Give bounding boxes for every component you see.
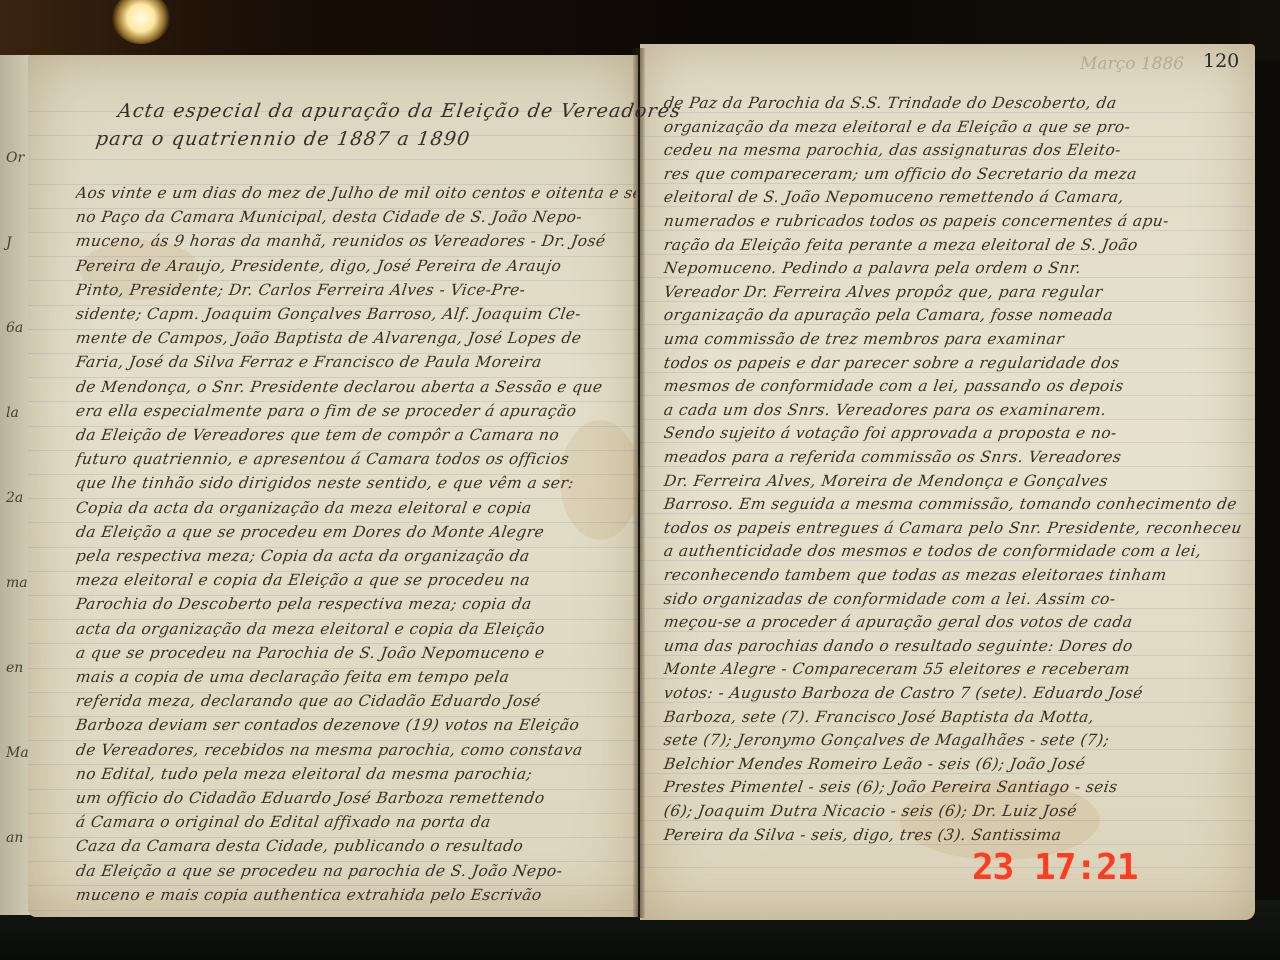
handwritten-line: muceno e mais copia authentica extrahida… xyxy=(75,886,638,904)
camera-timestamp: 23 17:21 xyxy=(972,847,1137,888)
margin-fragment: an xyxy=(6,830,23,846)
handwritten-line: Copia da acta da organização da meza ele… xyxy=(75,499,638,517)
handwritten-line: todos os papeis e dar parecer sobre a re… xyxy=(663,354,1246,372)
page-number: 120 xyxy=(1203,50,1239,72)
ruled-line xyxy=(640,891,1255,892)
handwritten-line: reconhecendo tambem que todas as mezas e… xyxy=(663,566,1246,584)
handwritten-line: muceno, ás 9 horas da manhã, reunidos os… xyxy=(75,232,638,250)
margin-fragment: la xyxy=(6,405,19,421)
ruled-line xyxy=(640,867,1255,868)
handwritten-line: a authenticidade dos mesmos e todos de c… xyxy=(663,542,1246,560)
handwritten-line: Barboza deviam ser contados dezenove (19… xyxy=(75,716,638,734)
ruled-line xyxy=(640,112,1255,113)
ruled-line xyxy=(640,324,1255,325)
handwritten-line: era ella especialmente para o fim de se … xyxy=(75,402,638,420)
handwritten-line: Barroso. Em seguida a mesma commissão, t… xyxy=(663,495,1246,513)
ruled-line xyxy=(640,348,1255,349)
handwritten-line: da Eleição a que se procedeu em Dores do… xyxy=(75,523,638,541)
handwritten-line: da Eleição a que se procedeu na parochia… xyxy=(75,862,638,880)
handwritten-line: Pinto, Presidente; Dr. Carlos Ferreira A… xyxy=(75,281,638,299)
handwritten-line: que lhe tinhão sido dirigidos neste sent… xyxy=(75,474,638,492)
handwritten-line: mente de Campos, João Baptista de Alvare… xyxy=(75,329,638,347)
handwritten-line: meçou-se a proceder á apuração geral dos… xyxy=(663,613,1246,631)
ruled-line xyxy=(640,442,1255,443)
handwritten-line: Dr. Ferreira Alves, Moreira de Mendonça … xyxy=(663,472,1246,490)
ruled-line xyxy=(640,230,1255,231)
handwritten-line: á Camara o original do Edital affixado n… xyxy=(75,813,638,831)
handwritten-line: Vereador Dr. Ferreira Alves propôz que, … xyxy=(663,283,1246,301)
handwritten-line: a cada um dos Snrs. Vereadores para os e… xyxy=(663,401,1246,419)
handwritten-line: Aos vinte e um dias do mez de Julho de m… xyxy=(75,184,638,202)
handwritten-line: organização da apuração pela Camara, fos… xyxy=(663,306,1246,324)
ruled-line xyxy=(640,206,1255,207)
document-title-line-2: para o quatriennio de 1887 a 1890 xyxy=(94,128,471,150)
handwritten-line: Nepomuceno. Pedindo a palavra pela ordem… xyxy=(663,259,1246,277)
handwritten-line: acta da organização da meza eleitoral e … xyxy=(75,620,638,638)
ruled-line xyxy=(28,159,638,160)
handwritten-line: sido organizadas de conformidade com a l… xyxy=(663,590,1246,608)
ruled-line xyxy=(640,678,1255,679)
margin-fragment: Or xyxy=(6,150,24,166)
ruled-line xyxy=(640,631,1255,632)
handwritten-line: votos: - Augusto Barboza de Castro 7 (se… xyxy=(663,684,1246,702)
handwritten-line: de Vereadores, recebidos na mesma paroch… xyxy=(75,741,638,759)
ruled-line xyxy=(640,159,1255,160)
ruled-line xyxy=(640,466,1255,467)
handwritten-line: ração da Eleição feita perante a meza el… xyxy=(663,236,1246,254)
handwritten-line: referida meza, declarando que ao Cidadão… xyxy=(75,692,638,710)
handwritten-line: res que compareceram; um officio do Secr… xyxy=(663,165,1246,183)
handwritten-line: Sendo sujeito á votação foi approvada a … xyxy=(663,424,1246,442)
handwritten-line: no Paço da Camara Municipal, desta Cidad… xyxy=(75,208,638,226)
faint-pencil-note: Março 1886 xyxy=(1080,54,1184,74)
ruled-line xyxy=(640,749,1255,750)
handwritten-line: Monte Alegre - Compareceram 55 eleitores… xyxy=(663,660,1246,678)
handwritten-line: pela respectiva meza; Copia da acta da o… xyxy=(75,547,638,565)
margin-fragment: 6a xyxy=(6,320,23,336)
handwritten-line: a que se procedeu na Parochia de S. João… xyxy=(75,644,638,662)
margin-fragment: en xyxy=(6,660,23,676)
handwritten-line: futuro quatriennio, e apresentou á Camar… xyxy=(75,450,638,468)
handwritten-line: de Mendonça, o Snr. Presidente declarou … xyxy=(75,378,638,396)
handwritten-line: meados para a referida commissão os Snrs… xyxy=(663,448,1246,466)
handwritten-line: numerados e rubricados todos os papeis c… xyxy=(663,212,1246,230)
ruled-line xyxy=(640,395,1255,396)
handwritten-line: (6); Joaquim Dutra Nicacio - seis (6); D… xyxy=(663,802,1246,820)
handwritten-line: Barboza, sete (7). Francisco José Baptis… xyxy=(663,708,1246,726)
ruled-line xyxy=(640,513,1255,514)
handwritten-line: sidente; Capm. Joaquim Gonçalves Barroso… xyxy=(75,305,638,323)
ruled-line xyxy=(640,560,1255,561)
margin-fragment: ma xyxy=(6,575,28,591)
handwritten-line: Pereira de Araujo, Presidente, digo, Jos… xyxy=(75,257,638,275)
handwritten-line: mais a copia de uma declaração feita em … xyxy=(75,668,638,686)
handwritten-line: mesmos de conformidade com a lei, passan… xyxy=(663,377,1246,395)
handwritten-line: cedeu na mesma parochia, das assignatura… xyxy=(663,141,1246,159)
margin-fragment: J xyxy=(6,235,12,251)
handwritten-line: Parochia do Descoberto pela respectiva m… xyxy=(75,595,638,613)
handwritten-line: da Eleição de Vereadores que tem de comp… xyxy=(75,426,638,444)
handwritten-line: organização da meza eleitoral e da Eleiç… xyxy=(663,118,1246,136)
ruled-line xyxy=(28,910,638,911)
margin-fragment: 2a xyxy=(6,490,23,506)
handwritten-line: Belchior Mendes Romeiro Leão - seis (6);… xyxy=(663,755,1246,773)
handwritten-line: sete (7); Jeronymo Gonçalves de Magalhãe… xyxy=(663,731,1246,749)
handwritten-line: Pereira da Silva - seis, digo, tres (3).… xyxy=(663,826,1246,844)
handwritten-line: de Paz da Parochia da S.S. Trindade do D… xyxy=(663,94,1246,112)
handwritten-line: no Edital, tudo pela meza eleitoral da m… xyxy=(75,765,638,783)
handwritten-line: meza eleitoral e copia da Eleição a que … xyxy=(75,571,638,589)
margin-fragment: Ma xyxy=(6,745,29,761)
handwritten-line: Caza da Camara desta Cidade, publicando … xyxy=(75,837,638,855)
handwritten-line: uma das parochias dando o resultado segu… xyxy=(663,637,1246,655)
document-title-line-1: Acta especial da apuração da Eleição de … xyxy=(116,100,682,122)
handwritten-line: eleitoral de S. João Nepomuceno remetten… xyxy=(663,188,1246,206)
ruled-line xyxy=(640,277,1255,278)
ruled-line xyxy=(640,584,1255,585)
handwritten-line: Prestes Pimentel - seis (6); João Pereir… xyxy=(663,778,1246,796)
handwritten-line: todos os papeis entregues á Camara pelo … xyxy=(663,519,1246,537)
handwritten-line: Faria, José da Silva Ferraz e Francisco … xyxy=(75,353,638,371)
handwritten-line: um officio do Cidadão Eduardo José Barbo… xyxy=(75,789,638,807)
ruled-line xyxy=(640,702,1255,703)
handwritten-line: uma commissão de trez membros para exami… xyxy=(663,330,1246,348)
